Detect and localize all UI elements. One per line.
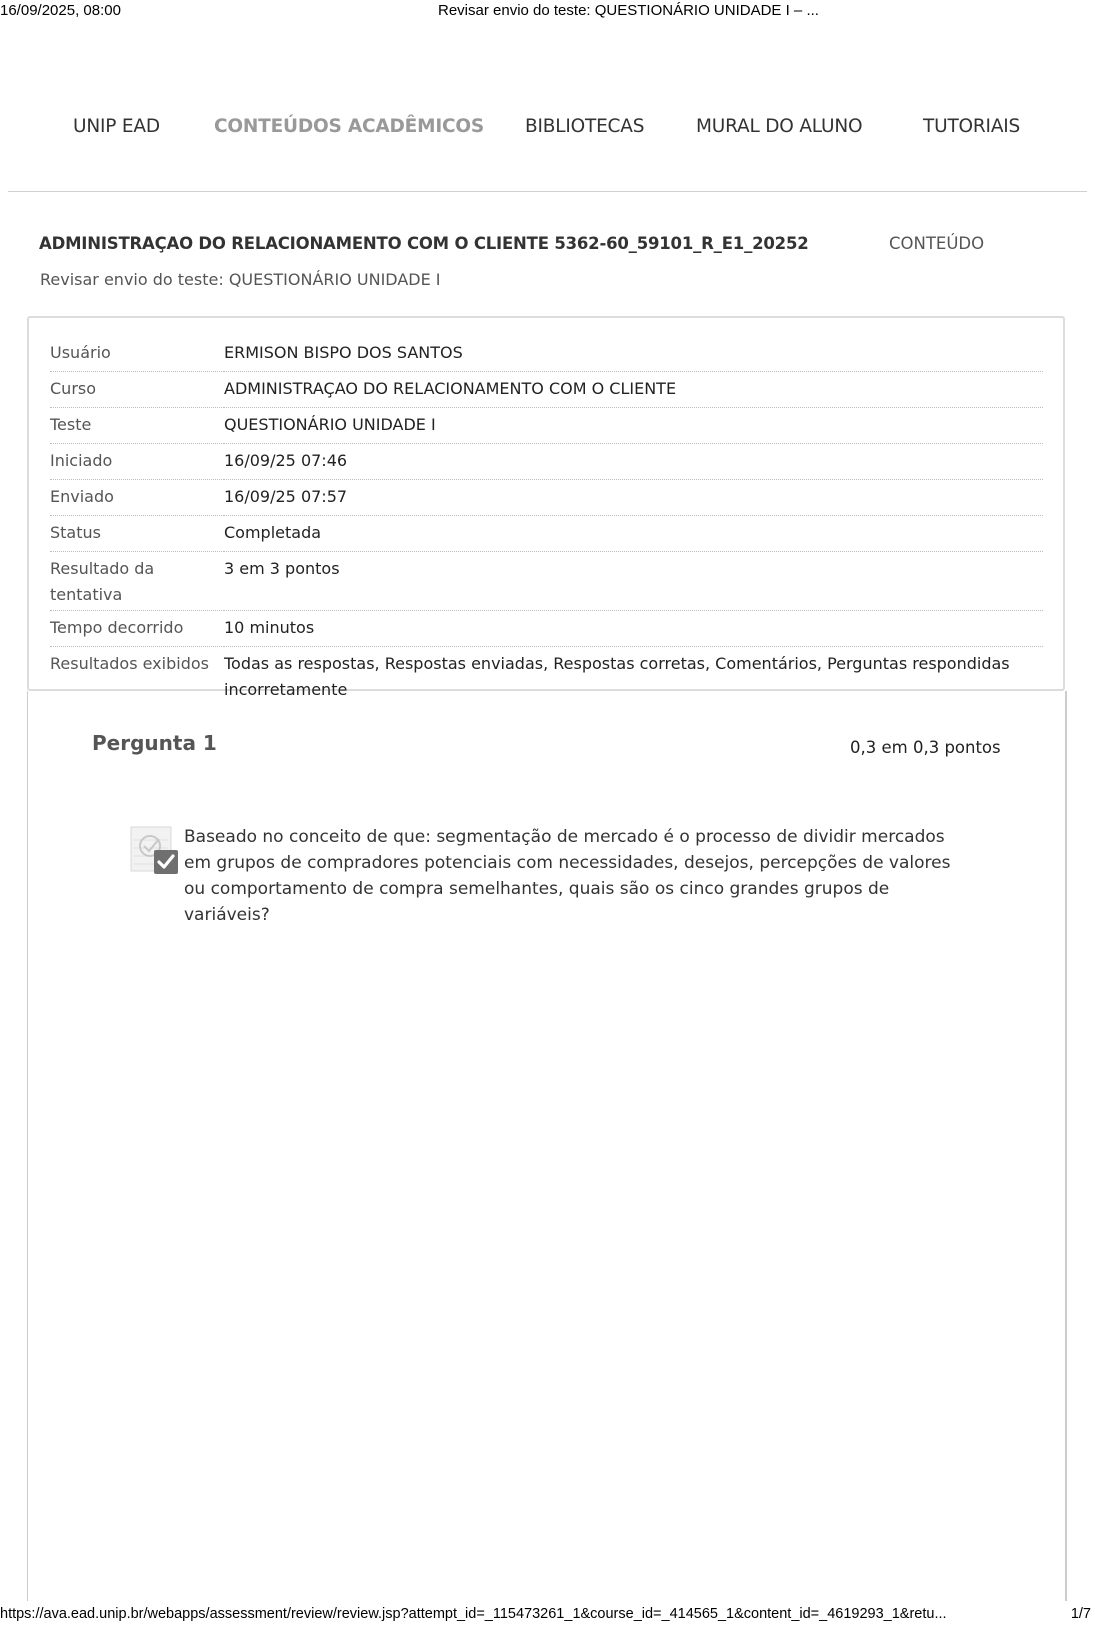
summary-value: 16/09/25 07:57: [224, 480, 1043, 516]
summary-row-teste: Teste QUESTIONÁRIO UNIDADE I: [50, 408, 1043, 444]
status-value: Completada: [224, 516, 1043, 552]
summary-value: 16/09/25 07:46: [224, 444, 1043, 480]
summary-row-usuario: Usuário ERMISON BISPO DOS SANTOS: [50, 336, 1043, 372]
summary-label: Tempo decorrido: [50, 611, 224, 647]
summary-value: 10 minutos: [224, 611, 1043, 647]
summary-row-status: Status Completada: [50, 516, 1043, 552]
nav-unip-ead[interactable]: UNIP EAD: [73, 116, 160, 137]
course-title[interactable]: ADMINISTRAÇAO DO RELACIONAMENTO COM O CL…: [39, 234, 809, 253]
top-navigation: UNIP EAD CONTEÚDOS ACADÊMICOS BIBLIOTECA…: [0, 116, 1095, 150]
summary-row-enviado: Enviado 16/09/25 07:57: [50, 480, 1043, 516]
content-link[interactable]: CONTEÚDO: [889, 234, 984, 253]
print-footer: https://ava.ead.unip.br/webapps/assessme…: [0, 1603, 1095, 1627]
summary-value: QUESTIONÁRIO UNIDADE I: [224, 408, 1043, 444]
summary-row-curso: Curso ADMINISTRAÇAO DO RELACIONAMENTO CO…: [50, 372, 1043, 408]
summary-row-resultado: Resultado da tentativa 3 em 3 pontos: [50, 552, 1043, 611]
summary-row-tempo: Tempo decorrido 10 minutos: [50, 611, 1043, 647]
question-title: Pergunta 1: [92, 731, 217, 755]
question-points: 0,3 em 0,3 pontos: [850, 738, 1001, 757]
summary-label: Resultado da tentativa: [50, 552, 224, 611]
attempt-summary-table: Usuário ERMISON BISPO DOS SANTOS Curso A…: [50, 336, 1043, 708]
print-page-number: 1/7: [1071, 1606, 1091, 1622]
summary-label: Resultados exibidos: [50, 647, 224, 709]
summary-label: Teste: [50, 408, 224, 444]
print-url: https://ava.ead.unip.br/webapps/assessme…: [0, 1606, 947, 1622]
summary-label: Usuário: [50, 336, 224, 372]
summary-row-iniciado: Iniciado 16/09/25 07:46: [50, 444, 1043, 480]
correct-answer-check-icon: [130, 826, 180, 876]
summary-value: ERMISON BISPO DOS SANTOS: [224, 336, 1043, 372]
content-frame-left-border: [27, 691, 28, 1601]
summary-label: Curso: [50, 372, 224, 408]
nav-tutoriais[interactable]: TUTORIAIS: [923, 116, 1020, 137]
print-header: 16/09/2025, 08:00 Revisar envio do teste…: [0, 0, 1095, 24]
nav-bibliotecas[interactable]: BIBLIOTECAS: [525, 116, 644, 137]
summary-value: Todas as respostas, Respostas enviadas, …: [224, 647, 1043, 709]
print-page-title: Revisar envio do teste: QUESTIONÁRIO UNI…: [438, 2, 819, 19]
attempt-summary-panel: Usuário ERMISON BISPO DOS SANTOS Curso A…: [27, 316, 1065, 691]
breadcrumb: Revisar envio do teste: QUESTIONÁRIO UNI…: [40, 270, 441, 289]
summary-label: Iniciado: [50, 444, 224, 480]
question-text: Baseado no conceito de que: segmentação …: [184, 824, 964, 928]
summary-label: Status: [50, 516, 224, 552]
summary-row-resultados-exibidos: Resultados exibidos Todas as respostas, …: [50, 647, 1043, 709]
score-value: 3 em 3 pontos: [224, 552, 1043, 611]
nav-mural-do-aluno[interactable]: MURAL DO ALUNO: [696, 116, 862, 137]
summary-label: Enviado: [50, 480, 224, 516]
nav-conteudos-academicos[interactable]: CONTEÚDOS ACADÊMICOS: [214, 116, 484, 137]
summary-value: ADMINISTRAÇAO DO RELACIONAMENTO COM O CL…: [224, 372, 1043, 408]
nav-divider: [8, 191, 1087, 192]
content-frame-right-border: [1065, 691, 1067, 1601]
print-datetime: 16/09/2025, 08:00: [0, 2, 121, 19]
